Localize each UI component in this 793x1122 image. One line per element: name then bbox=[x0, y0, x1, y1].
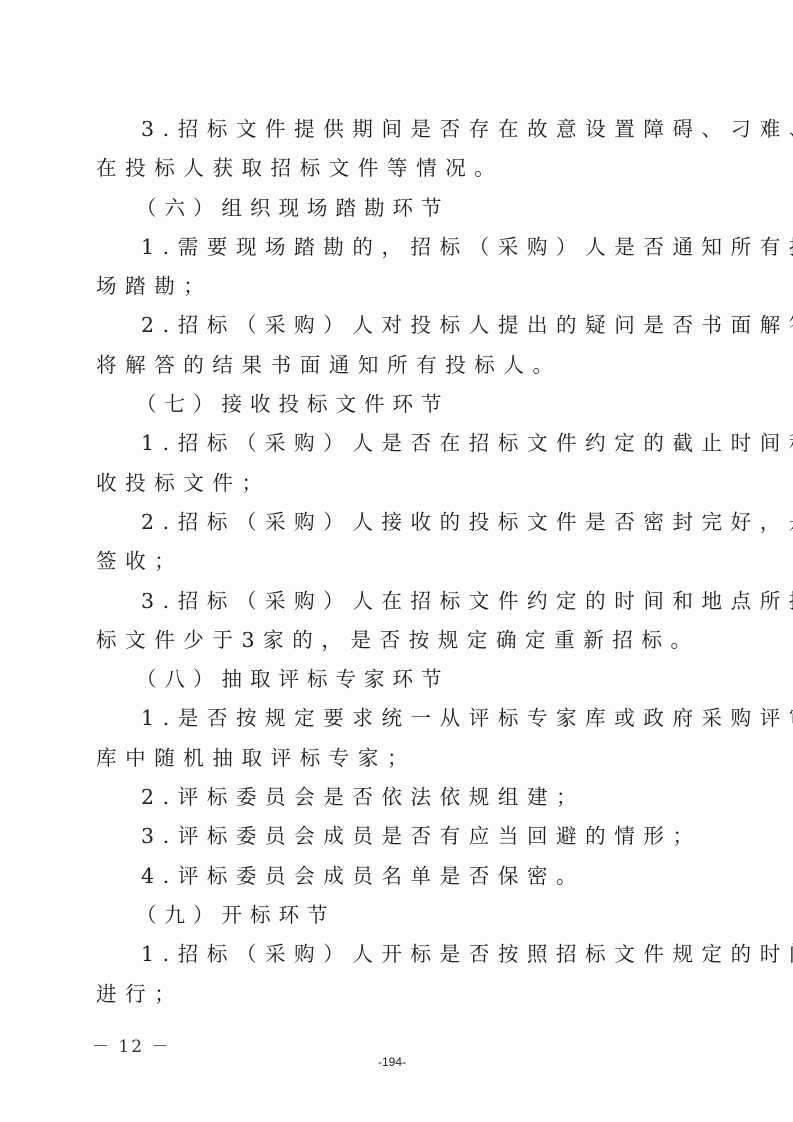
section-heading: （七）接收投标文件环节 bbox=[96, 385, 686, 424]
text-line: 在投标人获取招标文件等情况。 bbox=[96, 149, 686, 188]
text-line: 1.需要现场踏勘的，招标（采购）人是否通知所有投标人现 bbox=[96, 228, 686, 267]
section-heading: （八）抽取评标专家环节 bbox=[96, 660, 686, 699]
text-line: 进行； bbox=[96, 975, 686, 1014]
document-body: 3.招标文件提供期间是否存在故意设置障碍、刁难、阻碍潜 在投标人获取招标文件等情… bbox=[96, 110, 686, 1014]
text-line: 2.招标（采购）人接收的投标文件是否密封完好，是否书面 bbox=[96, 503, 686, 542]
text-line: 1.招标（采购）人是否在招标文件约定的截止时间和地点接 bbox=[96, 424, 686, 463]
section-heading: （六）组织现场踏勘环节 bbox=[96, 189, 686, 228]
text-line: 1.招标（采购）人开标是否按照招标文件规定的时间或地点 bbox=[96, 935, 686, 974]
text-line: 4.评标委员会成员名单是否保密。 bbox=[96, 857, 686, 896]
section-heading: （九）开标环节 bbox=[96, 896, 686, 935]
text-line: 收投标文件； bbox=[96, 464, 686, 503]
text-line: 3.招标（采购）人在招标文件约定的时间和地点所接收的投 bbox=[96, 582, 686, 621]
text-line: 3.招标文件提供期间是否存在故意设置障碍、刁难、阻碍潜 bbox=[96, 110, 686, 149]
document-page: 3.招标文件提供期间是否存在故意设置障碍、刁难、阻碍潜 在投标人获取招标文件等情… bbox=[0, 0, 793, 1122]
text-line: 标文件少于3家的，是否按规定确定重新招标。 bbox=[96, 621, 686, 660]
text-line: 库中随机抽取评标专家； bbox=[96, 739, 686, 778]
page-number-compiled: -194- bbox=[378, 1055, 406, 1069]
text-line: 2.评标委员会是否依法依规组建； bbox=[96, 778, 686, 817]
page-number-original: － 12 － bbox=[92, 1032, 170, 1057]
text-line: 3.评标委员会成员是否有应当回避的情形； bbox=[96, 817, 686, 856]
text-line: 将解答的结果书面通知所有投标人。 bbox=[96, 346, 686, 385]
text-line: 1.是否按规定要求统一从评标专家库或政府采购评审专家 bbox=[96, 699, 686, 738]
text-line: 2.招标（采购）人对投标人提出的疑问是否书面解答，是否 bbox=[96, 306, 686, 345]
text-line: 场踏勘； bbox=[96, 267, 686, 306]
text-line: 签收； bbox=[96, 542, 686, 581]
